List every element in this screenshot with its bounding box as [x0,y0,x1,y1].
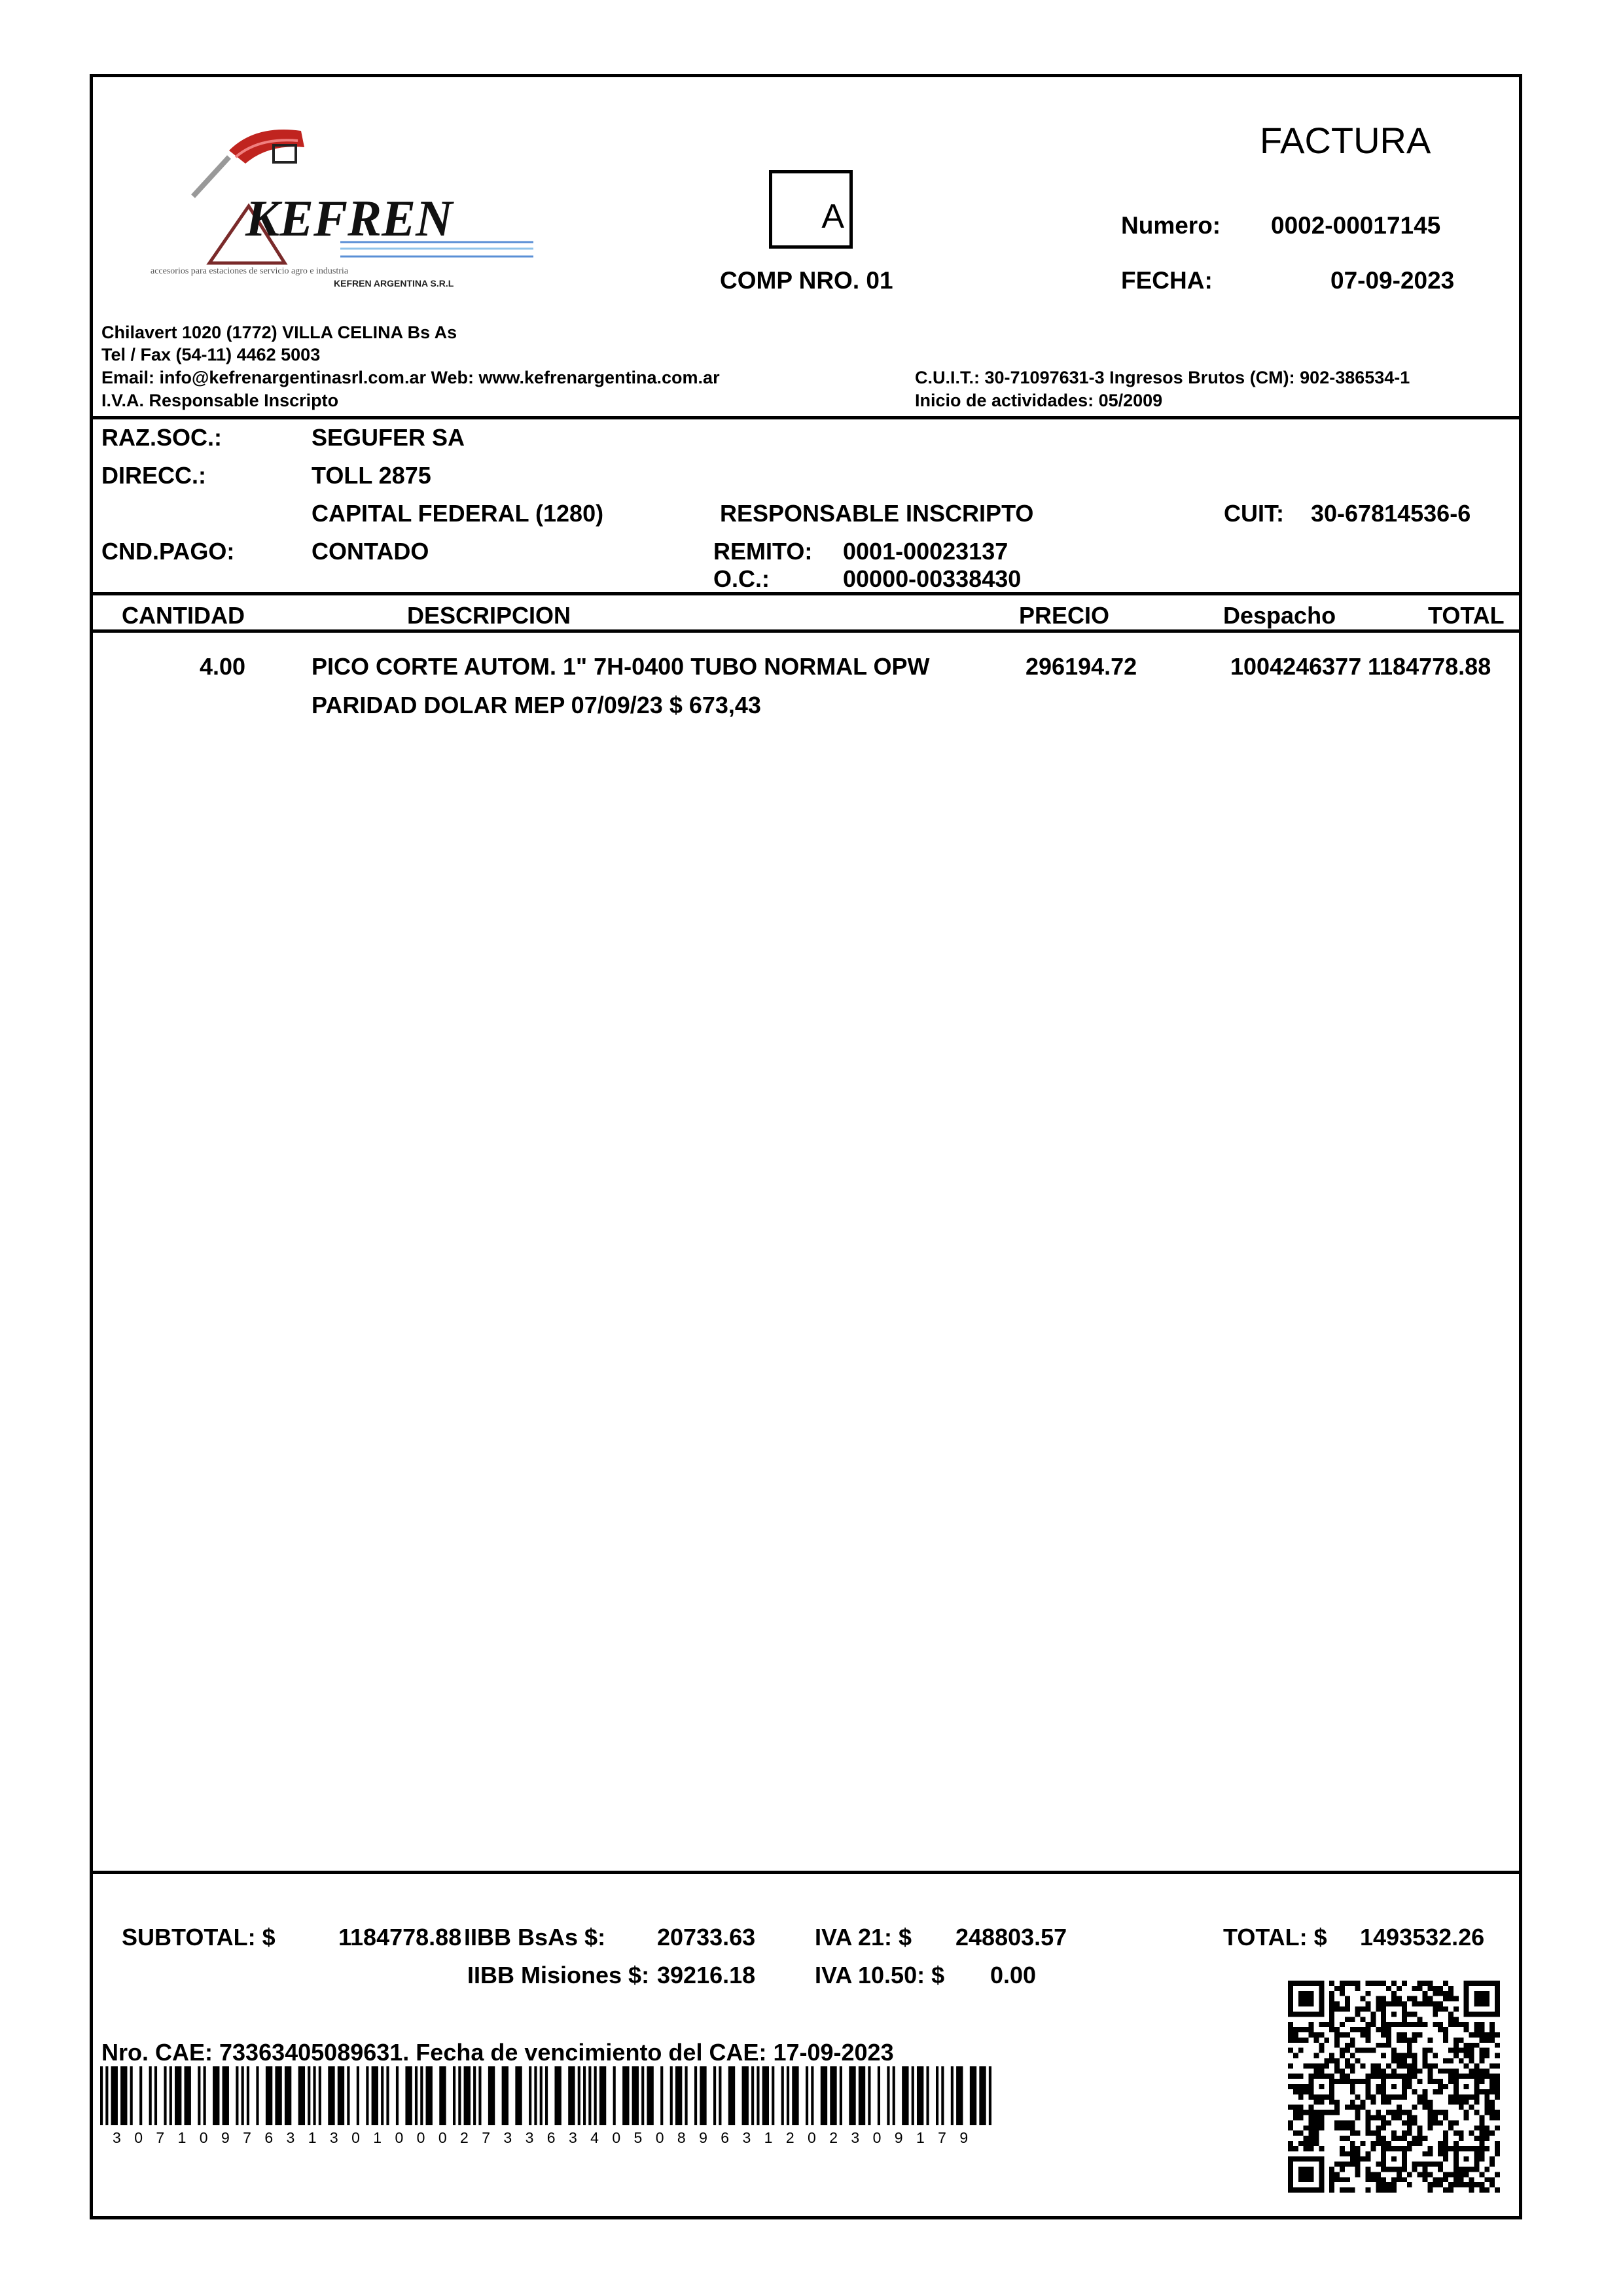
company-iva: I.V.A. Responsable Inscripto [101,389,338,412]
item-descripcion: PICO CORTE AUTOM. 1" 7H-0400 TUBO NORMAL… [312,653,930,680]
cndpago-label: CND.PAGO: [101,538,234,565]
barcode [100,2066,991,2125]
company-inicio: Inicio de actividades: 05/2009 [915,389,1162,412]
svg-text:KEFREN ARGENTINA S.R.L: KEFREN ARGENTINA S.R.L [334,278,454,288]
iva105-value: 0.00 [990,1962,1036,1989]
svg-text:KEFREN: KEFREN [245,190,454,247]
remito-number: 0001-00023137 [843,538,1008,565]
invoice-letter-box: A [769,170,853,249]
client-iva-condition: RESPONSABLE INSCRIPTO [720,500,1033,527]
remito-label: REMITO: [713,538,812,565]
iibb-bsas-value: 20733.63 [657,1924,755,1951]
col-total: TOTAL [1428,602,1505,629]
company-address: Chilavert 1020 (1772) VILLA CELINA Bs As [101,321,457,344]
iibb-misiones-value: 39216.18 [657,1962,755,1989]
divider [90,629,1522,633]
company-email-web: Email: info@kefrenargentinasrl.com.ar We… [101,366,720,389]
invoice-title: FACTURA [1260,119,1431,162]
comp-nro: COMP NRO. 01 [720,267,893,294]
col-precio: PRECIO [1019,602,1109,629]
item-note: PARIDAD DOLAR MEP 07/09/23 $ 673,43 [312,692,761,719]
kefren-logo: KEFREN accesorios para estaciones de ser… [131,111,537,288]
iva105-label: IVA 10.50: $ [815,1962,944,1989]
client-address: TOLL 2875 [312,462,431,489]
iva21-value: 248803.57 [955,1924,1067,1951]
subtotal-value: 1184778.88 [338,1924,461,1951]
fecha-label: FECHA: [1121,267,1213,294]
iva21-label: IVA 21: $ [815,1924,912,1951]
razsoc-label: RAZ.SOC.: [101,424,222,451]
cuit-label: CUIT: [1224,500,1284,527]
item-cantidad: 4.00 [200,653,245,680]
item-precio: 296194.72 [1026,653,1137,680]
numero-label: Numero: [1121,212,1221,239]
invoice-date: 07-09-2023 [1330,267,1454,294]
item-total: 1184778.88 [1368,653,1491,680]
invoice-number: 0002-00017145 [1271,212,1440,239]
oc-number: 00000-00338430 [843,565,1021,593]
item-despacho: 1004246377 [1230,653,1361,680]
col-descripcion: DESCRIPCION [407,602,571,629]
invoice-letter: A [821,197,844,236]
subtotal-label: SUBTOTAL: $ [122,1924,276,1951]
divider [90,592,1522,595]
divider [90,416,1522,419]
client-city: CAPITAL FEDERAL (1280) [312,500,603,527]
company-cuit: C.U.I.T.: 30-71097631-3 Ingresos Brutos … [915,366,1410,389]
oc-label: O.C.: [713,565,770,593]
cae-text: Nro. CAE: 73363405089631. Fecha de venci… [101,2039,894,2066]
client-name: SEGUFER SA [312,424,465,451]
direcc-label: DIRECC.: [101,462,206,489]
total-value: 1493532.26 [1360,1924,1484,1951]
barcode-digits: 3071097631301000273363405089631202309179 [113,2129,982,2147]
client-cuit: 30-67814536-6 [1311,500,1471,527]
qr-code [1288,1981,1500,2193]
fuel-nozzle-icon [193,130,304,196]
svg-text:accesorios para estaciones de: accesorios para estaciones de servicio a… [151,266,349,276]
payment-condition: CONTADO [312,538,429,565]
total-label: TOTAL: $ [1223,1924,1327,1951]
iibb-misiones-label: IIBB Misiones $: [467,1962,649,1989]
col-cantidad: CANTIDAD [122,602,245,629]
divider [90,1871,1522,1874]
iibb-bsas-label: IIBB BsAs $: [464,1924,605,1951]
company-phone: Tel / Fax (54-11) 4462 5003 [101,344,320,366]
col-despacho: Despacho [1223,602,1336,629]
